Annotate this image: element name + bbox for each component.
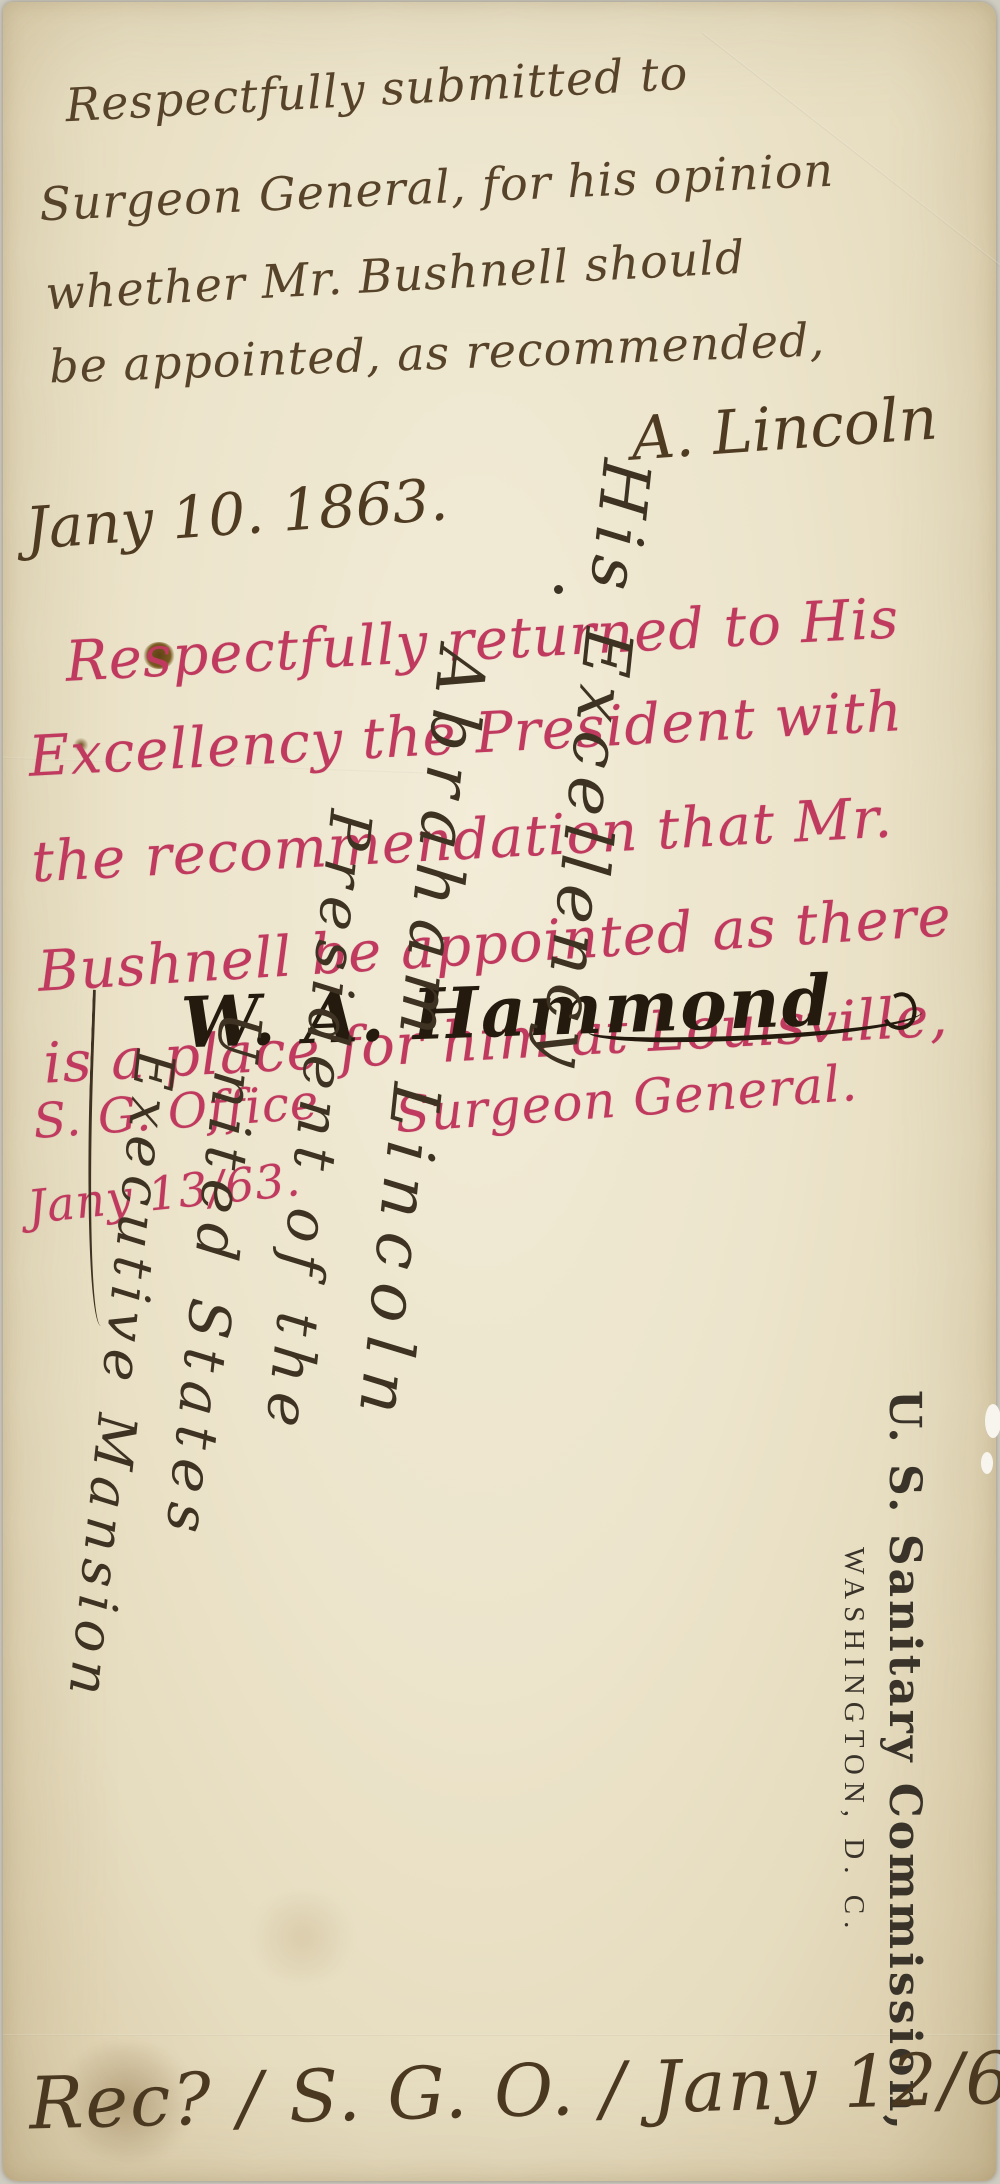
lincoln-endorsement-line: Respectfully submitted to: [64, 46, 690, 133]
received-docket: Rec? / S. G. O. / Jany 12/63: [28, 2035, 1000, 2146]
lincoln-endorsement-line: Surgeon General, for his opinion: [38, 143, 835, 232]
paper-tear: [981, 1452, 993, 1474]
lincoln-endorsement-line: be appointed, as recommended,: [48, 312, 826, 393]
paper-tear: [985, 1404, 1000, 1438]
paper-sheet: Respectfully submitted to Surgeon Genera…: [3, 2, 996, 2181]
paper-crease: [3, 2034, 1000, 2036]
ink-speck: [554, 585, 563, 594]
document-scan: Respectfully submitted to Surgeon Genera…: [0, 0, 1000, 2184]
letterhead-organization: U. S. Sanitary Commission,: [879, 1390, 930, 2133]
letterhead-location: WASHINGTON, D. C.: [837, 1547, 870, 1935]
paper-stain: [243, 1892, 363, 1982]
lincoln-date: Jany 10. 1863.: [23, 465, 450, 562]
lincoln-signature: A. Lincoln: [629, 383, 940, 474]
lincoln-endorsement-line: whether Mr. Bushnell should: [44, 230, 747, 321]
